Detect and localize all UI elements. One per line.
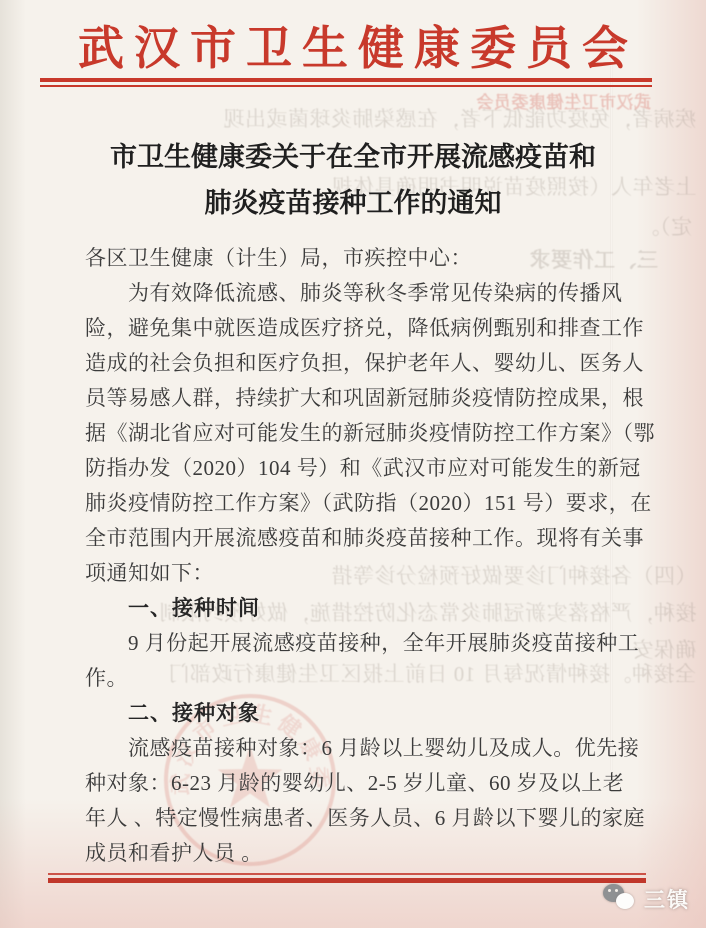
paragraph-line: 肺炎疫情防控工作方案》（武防指（2020）151 号）要求，在 bbox=[85, 486, 651, 521]
document-title-line1: 市卫生健康委关于在全市开展流感疫苗和 bbox=[0, 134, 706, 180]
scanned-document-page: 武汉市卫生健康委员会 疾病者，免疫功能低下者，在感染肺炎球菌或出现 上老年人（按… bbox=[0, 0, 706, 928]
paragraph-line: 员等易感人群，持续扩大和巩固新冠肺炎疫情防控成果，根 bbox=[85, 381, 651, 416]
paragraph-line: 据《湖北省应对可能发生的新冠肺炎疫情防控工作方案》（鄂 bbox=[85, 416, 651, 451]
paragraph-line: 防指办发（2020）104 号）和《武汉市应对可能发生的新冠 bbox=[85, 451, 651, 486]
paragraph-line: 造成的社会负担和医疗负担，保护老年人、婴幼儿、医务人 bbox=[85, 346, 651, 381]
document-title: 市卫生健康委关于在全市开展流感疫苗和 肺炎疫苗接种工作的通知 bbox=[0, 134, 706, 226]
letterhead-double-rule bbox=[40, 78, 652, 87]
section2-line: 种对象：6-23 月龄的婴幼儿、2-5 岁儿童、60 岁及以上老 bbox=[85, 766, 651, 801]
section1-line: 作。 bbox=[85, 661, 651, 696]
paragraph-line: 险，避免集中就医造成医疗挤兑，降低病例甄别和排查工作 bbox=[85, 311, 651, 346]
section2-line: 成员和看护人员 。 bbox=[85, 836, 651, 871]
bleedthrough-text: 疾病者，免疫功能低下者，在感染肺炎球菌或出现 bbox=[223, 103, 696, 133]
salutation: 各区卫生健康（计生）局，市疾控中心： bbox=[85, 241, 651, 276]
letterhead-org-name: 武汉市卫生健康委员会 bbox=[0, 12, 706, 78]
footer-double-rule bbox=[48, 873, 646, 883]
section2-line: 流感疫苗接种对象：6 月龄以上婴幼儿及成人。优先接 bbox=[85, 731, 651, 766]
section2-heading: 二、接种对象 bbox=[85, 696, 651, 731]
section1-heading: 一、接种时间 bbox=[85, 591, 651, 626]
document-title-line2: 肺炎疫苗接种工作的通知 bbox=[0, 180, 706, 226]
section1-line: 9 月份起开展流感疫苗接种，全年开展肺炎疫苗接种工 bbox=[85, 626, 651, 661]
paragraph-line: 全市范围内开展流感疫苗和肺炎疫苗接种工作。现将有关事 bbox=[85, 521, 651, 556]
bleedthrough-text: 武汉市卫生健康委员会 bbox=[476, 88, 651, 113]
section2-line: 年人 、特定慢性病患者、医务人员、6 月龄以下婴儿的家庭 bbox=[85, 801, 651, 836]
document-body: 各区卫生健康（计生）局，市疾控中心： 为有效降低流感、肺炎等秋冬季常见传染病的传… bbox=[85, 241, 651, 871]
paragraph-line: 项通知如下： bbox=[85, 556, 651, 591]
paragraph-line: 为有效降低流感、肺炎等秋冬季常见传染病的传播风 bbox=[85, 276, 651, 311]
